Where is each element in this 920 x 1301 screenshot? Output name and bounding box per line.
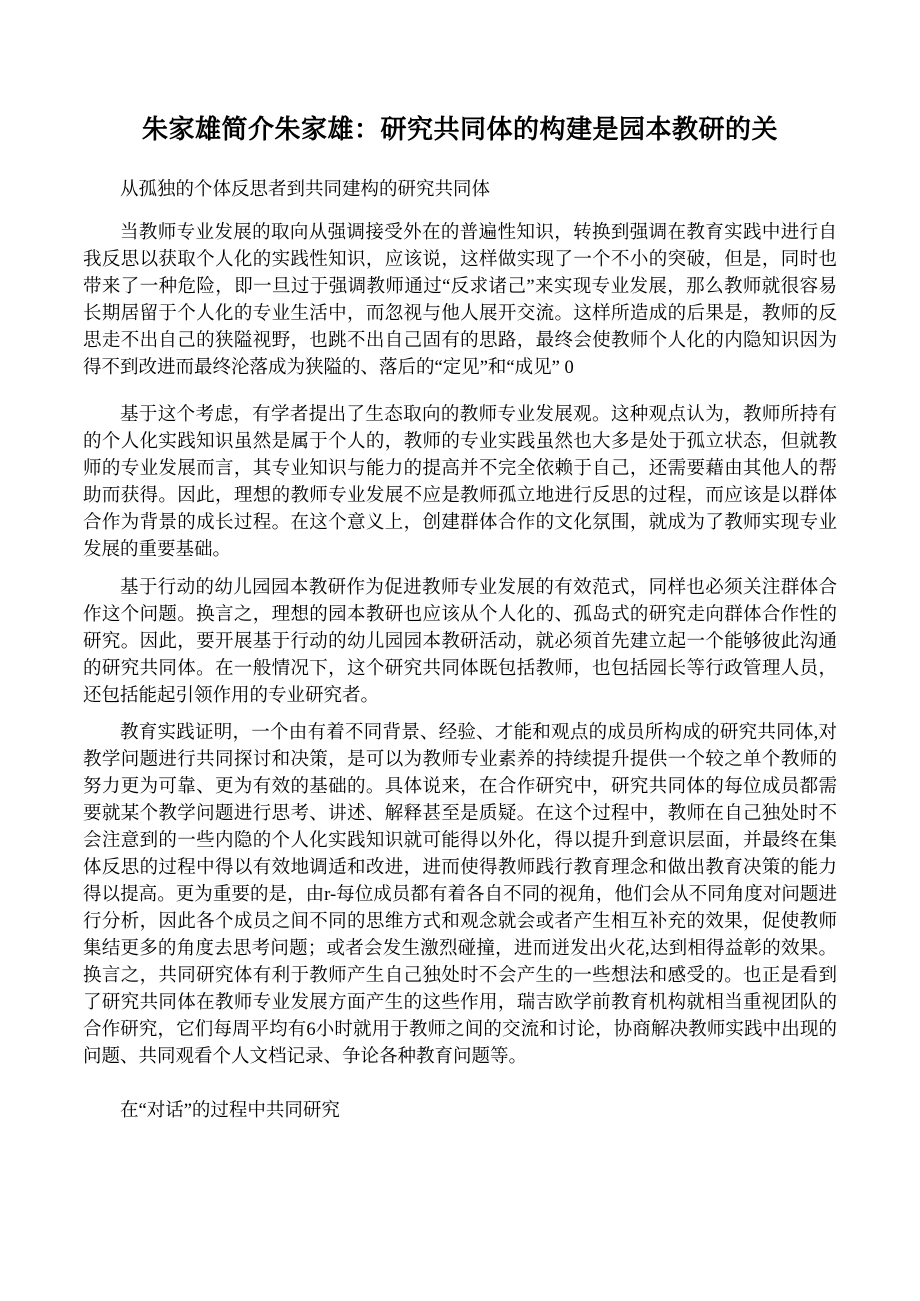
section-heading: 从孤独的个体反思者到共同建构的研究共同体 [83,177,837,204]
paragraph: 基于这个考虑，有学者提出了生态取向的教师专业发展观。这种观点认为，教师所持有的个… [83,402,837,564]
closing-heading: 在“对话”的过程中共同研究 [83,1098,837,1125]
paragraph: 当教师专业发展的取向从强调接受外在的普遍性知识，转换到强调在教育实践中进行自我反… [83,220,837,382]
paragraph: 教育实践证明，一个由有着不同背景、经验、才能和观点的成员所构成的研究共同体,对教… [83,720,837,1071]
document-page: 朱家雄简介朱家雄：研究共同体的构建是园本教研的关 从孤独的个体反思者到共同建构的… [0,0,920,1301]
paragraph: 基于行动的幼儿园园本教研作为促进教师专业发展的有效范式，同样也必须关注群体合作这… [83,575,837,710]
doc-title: 朱家雄简介朱家雄：研究共同体的构建是园本教研的关 [83,112,837,147]
